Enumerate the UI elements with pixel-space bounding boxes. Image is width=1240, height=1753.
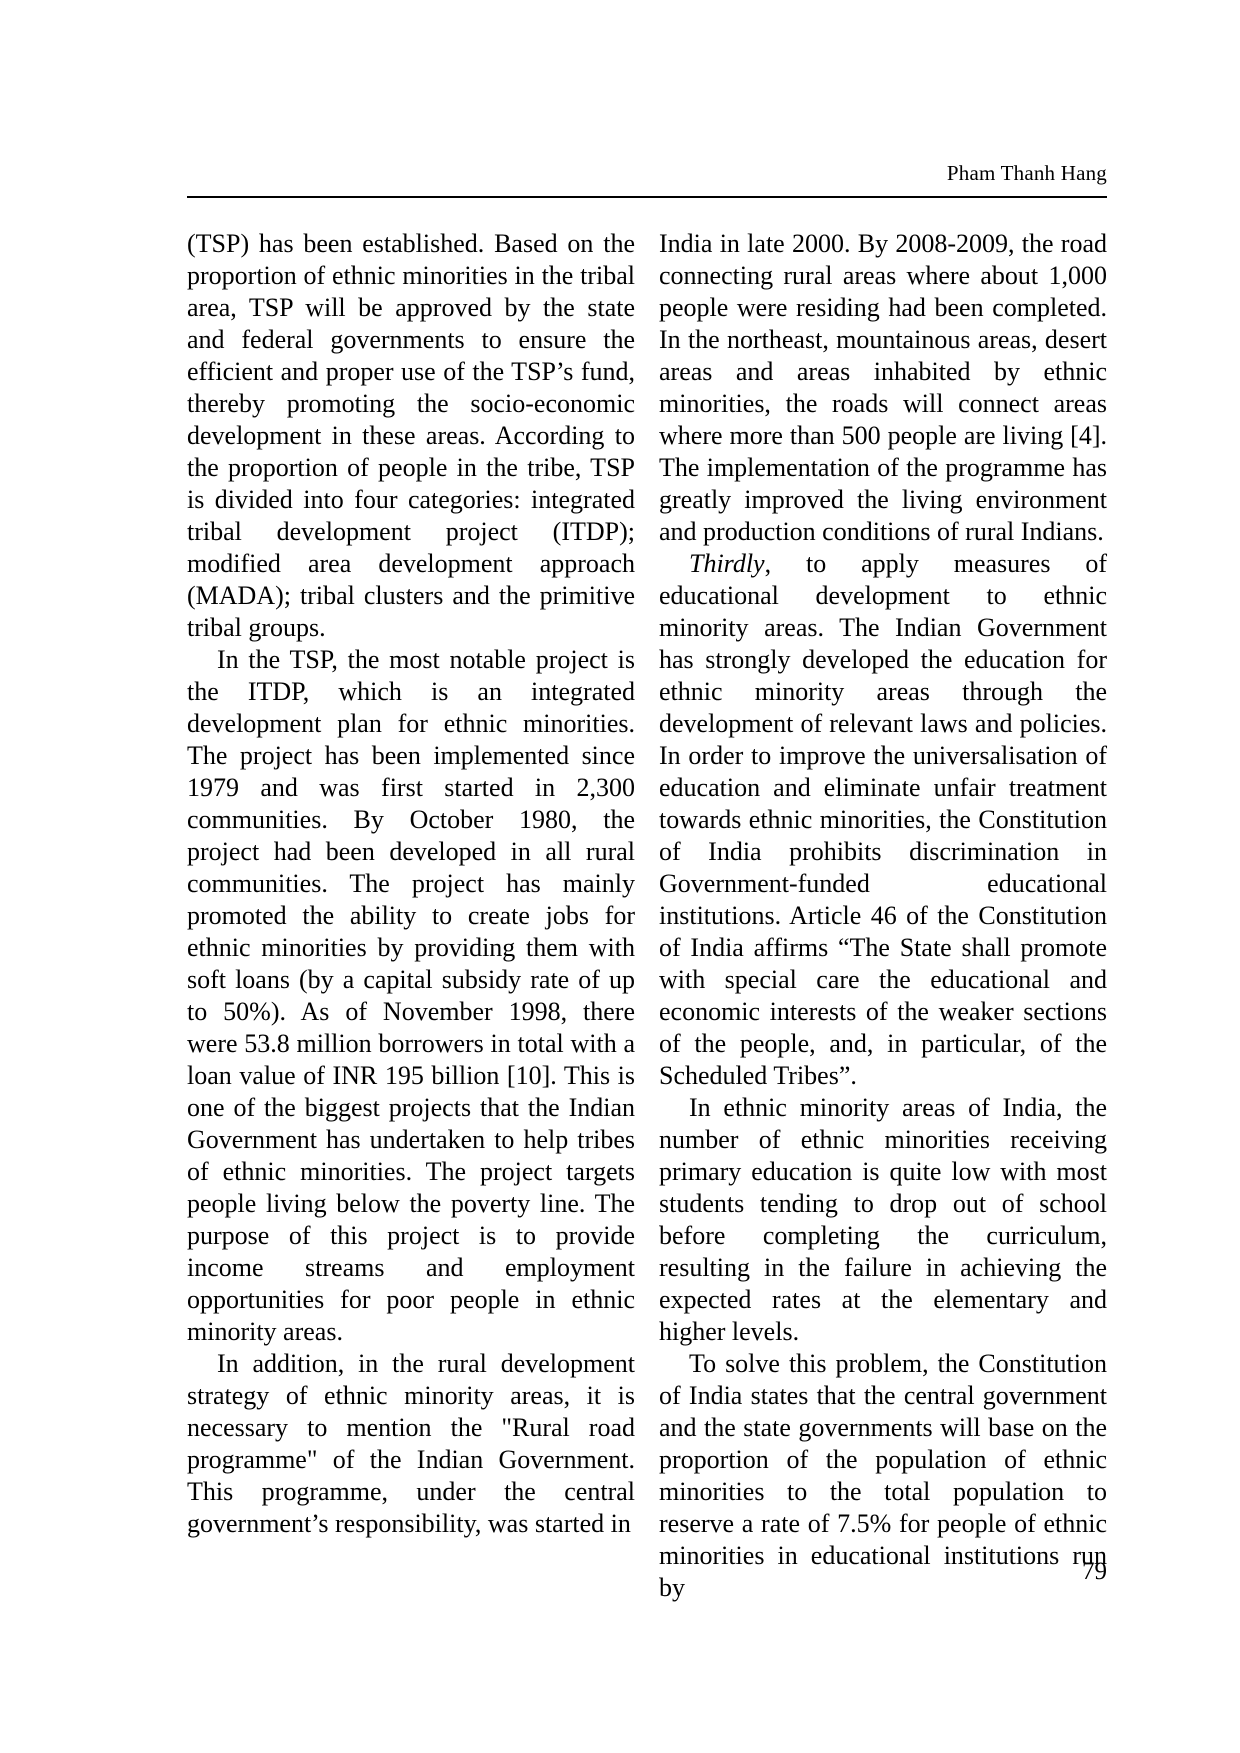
paragraph: (TSP) has been established. Based on the… [187, 228, 635, 644]
paragraph: India in late 2000. By 2008-2009, the ro… [659, 228, 1107, 548]
page-number: 79 [187, 1556, 1107, 1588]
italic-lead-word: Thirdly [689, 549, 765, 578]
right-column: India in late 2000. By 2008-2009, the ro… [659, 228, 1107, 1604]
paragraph: In the TSP, the most notable project is … [187, 644, 635, 1348]
paragraph: Thirdly, to apply measures of educationa… [659, 548, 1107, 1092]
paragraph: In ethnic minority areas of India, the n… [659, 1092, 1107, 1348]
paragraph: In addition, in the rural development st… [187, 1348, 635, 1540]
running-head: Pham Thanh Hang [187, 160, 1107, 186]
header-rule [187, 196, 1107, 198]
left-column: (TSP) has been established. Based on the… [187, 228, 635, 1604]
paper-page: Pham Thanh Hang (TSP) has been establish… [0, 0, 1240, 1753]
two-column-body: (TSP) has been established. Based on the… [187, 228, 1107, 1604]
